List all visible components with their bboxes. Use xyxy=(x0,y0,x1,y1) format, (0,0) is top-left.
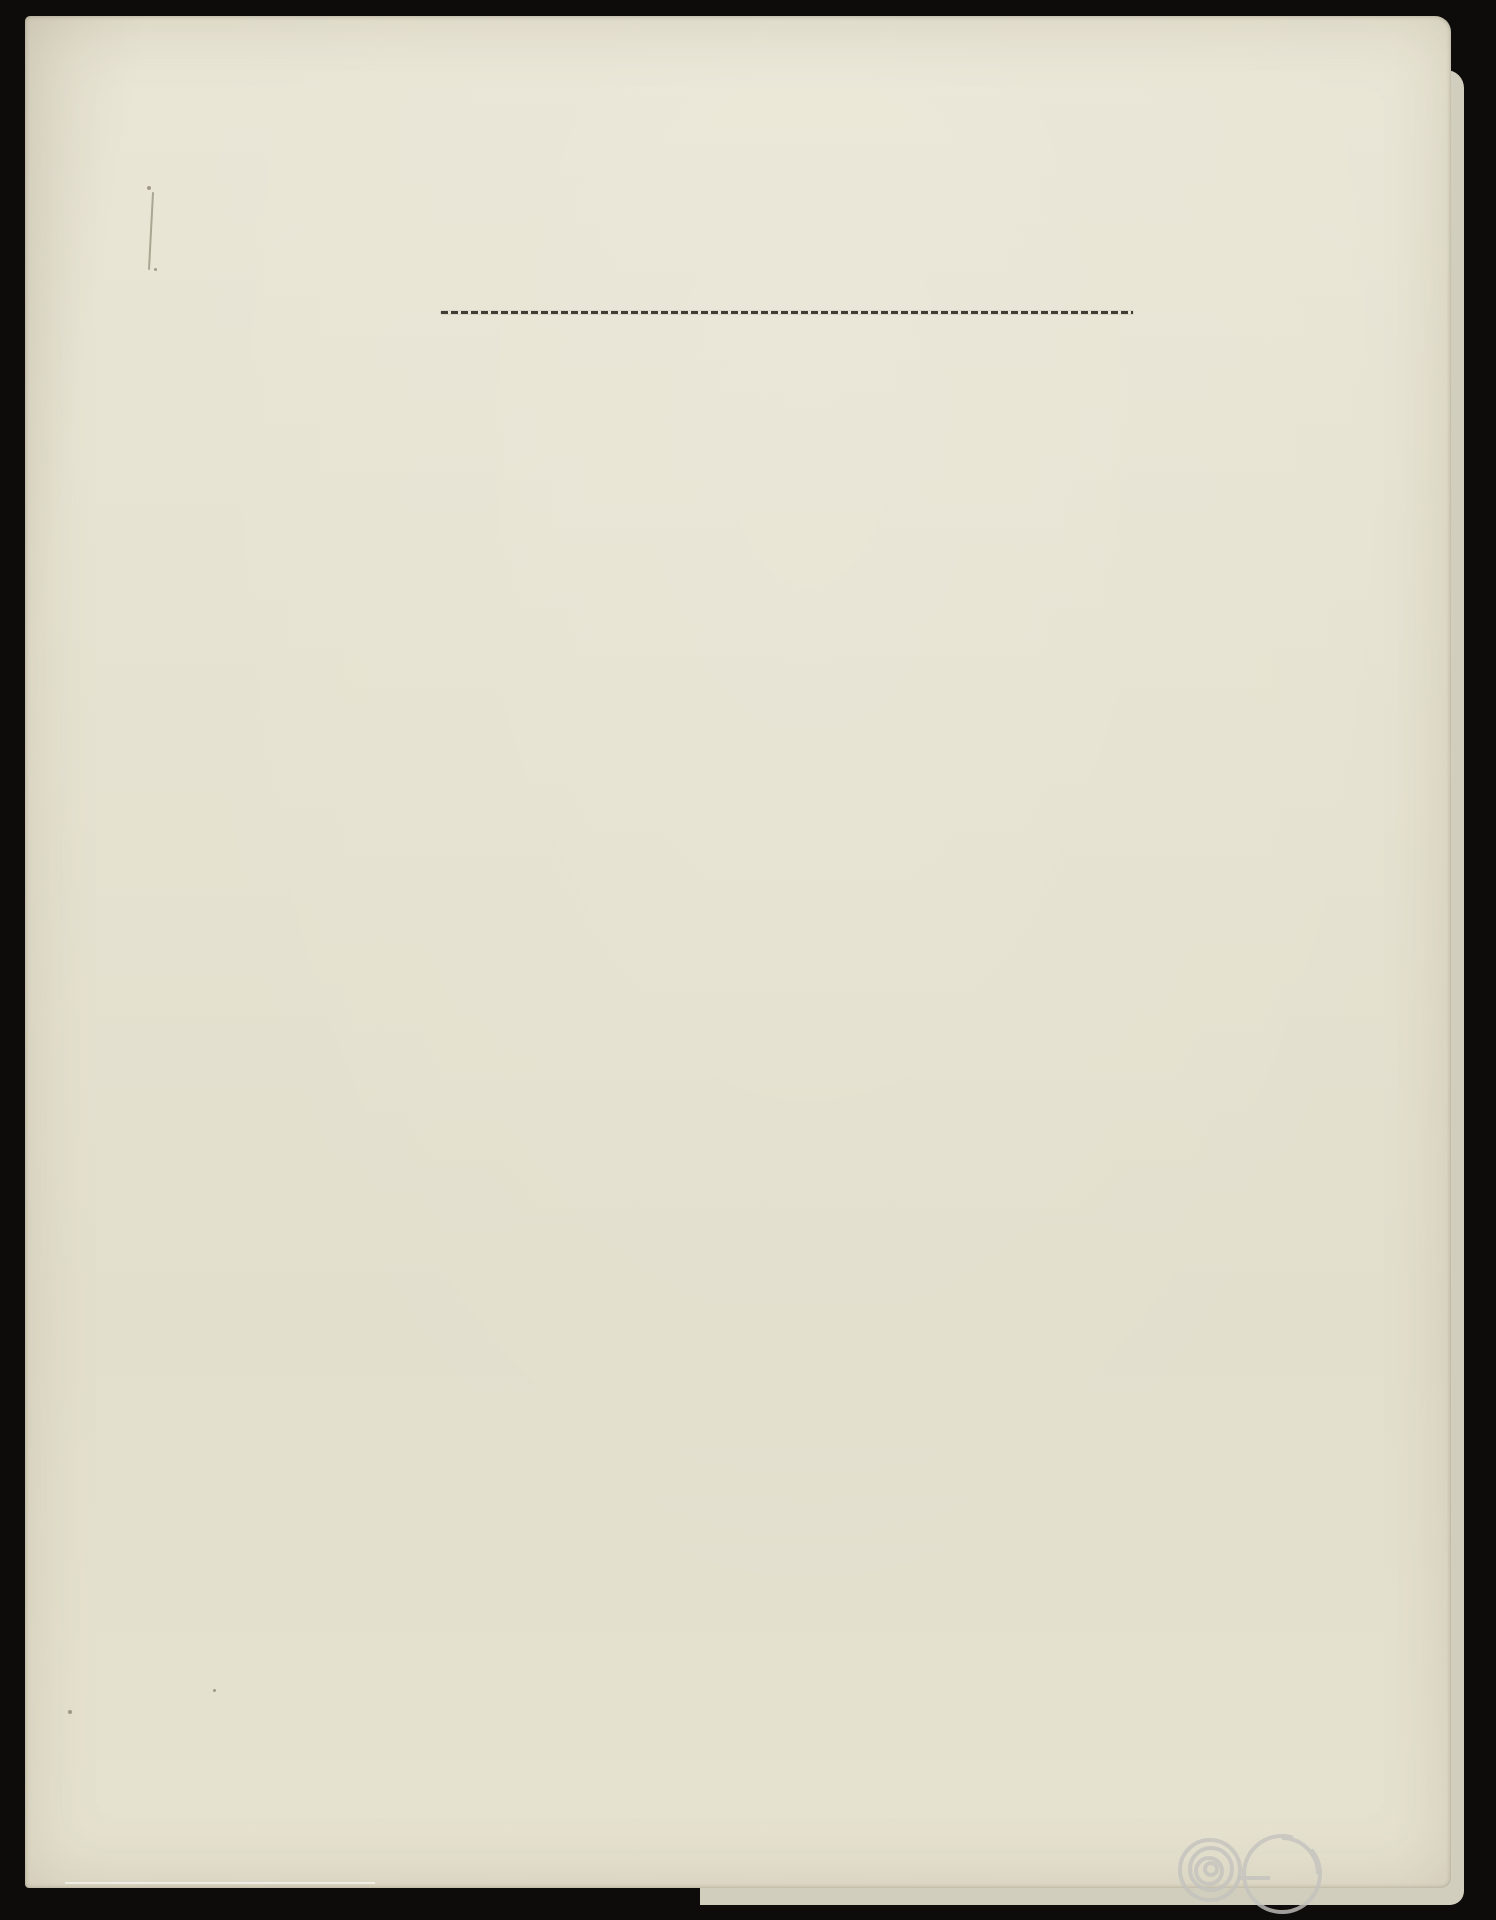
paper-speck xyxy=(147,186,151,190)
film-reel-icon xyxy=(1236,1830,1324,1918)
paper-speck xyxy=(154,268,157,271)
sheet-edge-highlight xyxy=(65,1882,375,1884)
paper-speck xyxy=(213,1689,216,1692)
paper-speck xyxy=(68,1710,72,1714)
typescript-page xyxy=(25,16,1451,1888)
filmoteca-watermark xyxy=(1160,1826,1496,1920)
scan-background xyxy=(0,0,1496,1920)
typed-dashed-rule xyxy=(441,311,1133,314)
scratch-mark xyxy=(148,192,154,270)
